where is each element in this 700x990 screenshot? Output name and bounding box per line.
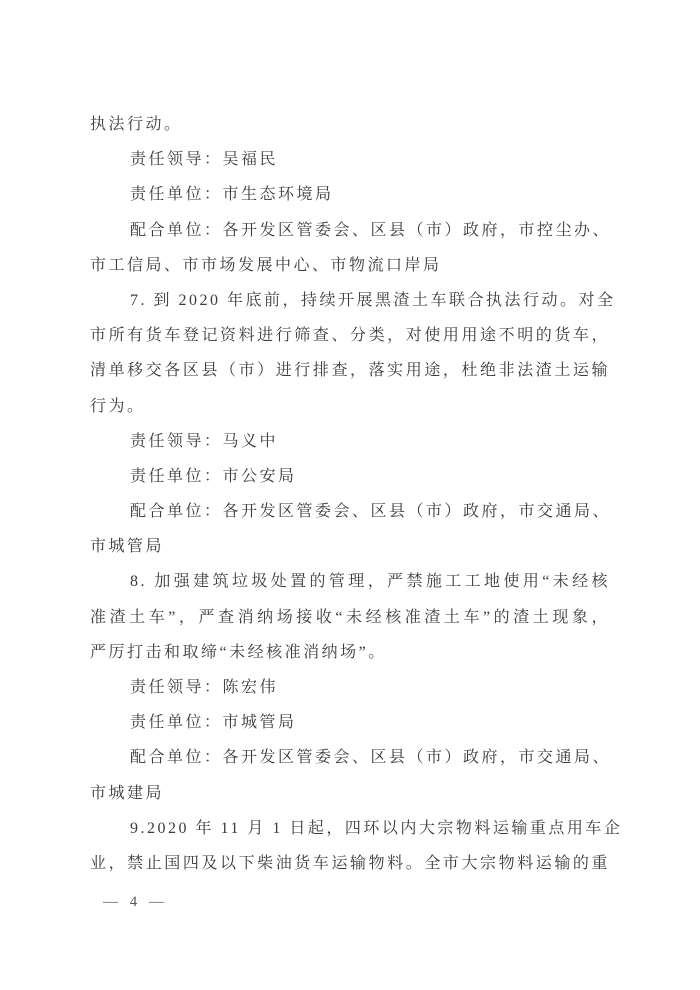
item-8-line: 严厉打击和取缔“未经核准消纳场”。 [90, 635, 610, 670]
item-7-line: 行为。 [90, 389, 610, 424]
cooperating-units-line: 市城管局 [90, 529, 610, 564]
document-body: 执法行动。 责任领导：吴福民 责任单位：市生态环境局 配合单位：各开发区管委会、… [90, 107, 610, 881]
item-8-line: 8. 加强建筑垃圾处置的管理，严禁施工工地使用“未经核 [90, 564, 610, 599]
item-8-line: 准渣土车”，严查消纳场接收“未经核准渣土车”的渣土现象， [90, 600, 610, 635]
item-9-line: 业，禁止国四及以下柴油货车运输物料。全市大宗物料运输的重 [90, 846, 610, 881]
item-7-line: 清单移交各区县（市）进行排查，落实用途，杜绝非法渣土运输 [90, 353, 610, 388]
cooperating-units-line: 市工信局、市市场发展中心、市物流口岸局 [90, 248, 610, 283]
item-7-line: 市所有货车登记资料进行筛查、分类，对使用用途不明的货车， [90, 318, 610, 353]
cooperating-units-line: 配合单位：各开发区管委会、区县（市）政府，市交通局、 [90, 740, 610, 775]
item-7-line: 7. 到 2020 年底前，持续开展黑渣土车联合执法行动。对全 [90, 283, 610, 318]
responsible-leader-line: 责任领导：陈宏伟 [90, 670, 610, 705]
page-number: — 4 — [103, 887, 168, 917]
responsible-unit-line: 责任单位：市生态环境局 [90, 177, 610, 212]
cooperating-units-line: 配合单位：各开发区管委会、区县（市）政府，市交通局、 [90, 494, 610, 529]
responsible-unit-line: 责任单位：市公安局 [90, 459, 610, 494]
responsible-leader-line: 责任领导：吴福民 [90, 142, 610, 177]
cooperating-units-line: 配合单位：各开发区管委会、区县（市）政府，市控尘办、 [90, 213, 610, 248]
responsible-unit-line: 责任单位：市城管局 [90, 705, 610, 740]
cooperating-units-line: 市城建局 [90, 776, 610, 811]
item-9-line: 9.2020 年 11 月 1 日起，四环以内大宗物料运输重点用车企 [90, 811, 610, 846]
paragraph-continuation-line: 执法行动。 [90, 107, 610, 142]
document-page: 执法行动。 责任领导：吴福民 责任单位：市生态环境局 配合单位：各开发区管委会、… [0, 0, 700, 990]
responsible-leader-line: 责任领导：马义中 [90, 424, 610, 459]
